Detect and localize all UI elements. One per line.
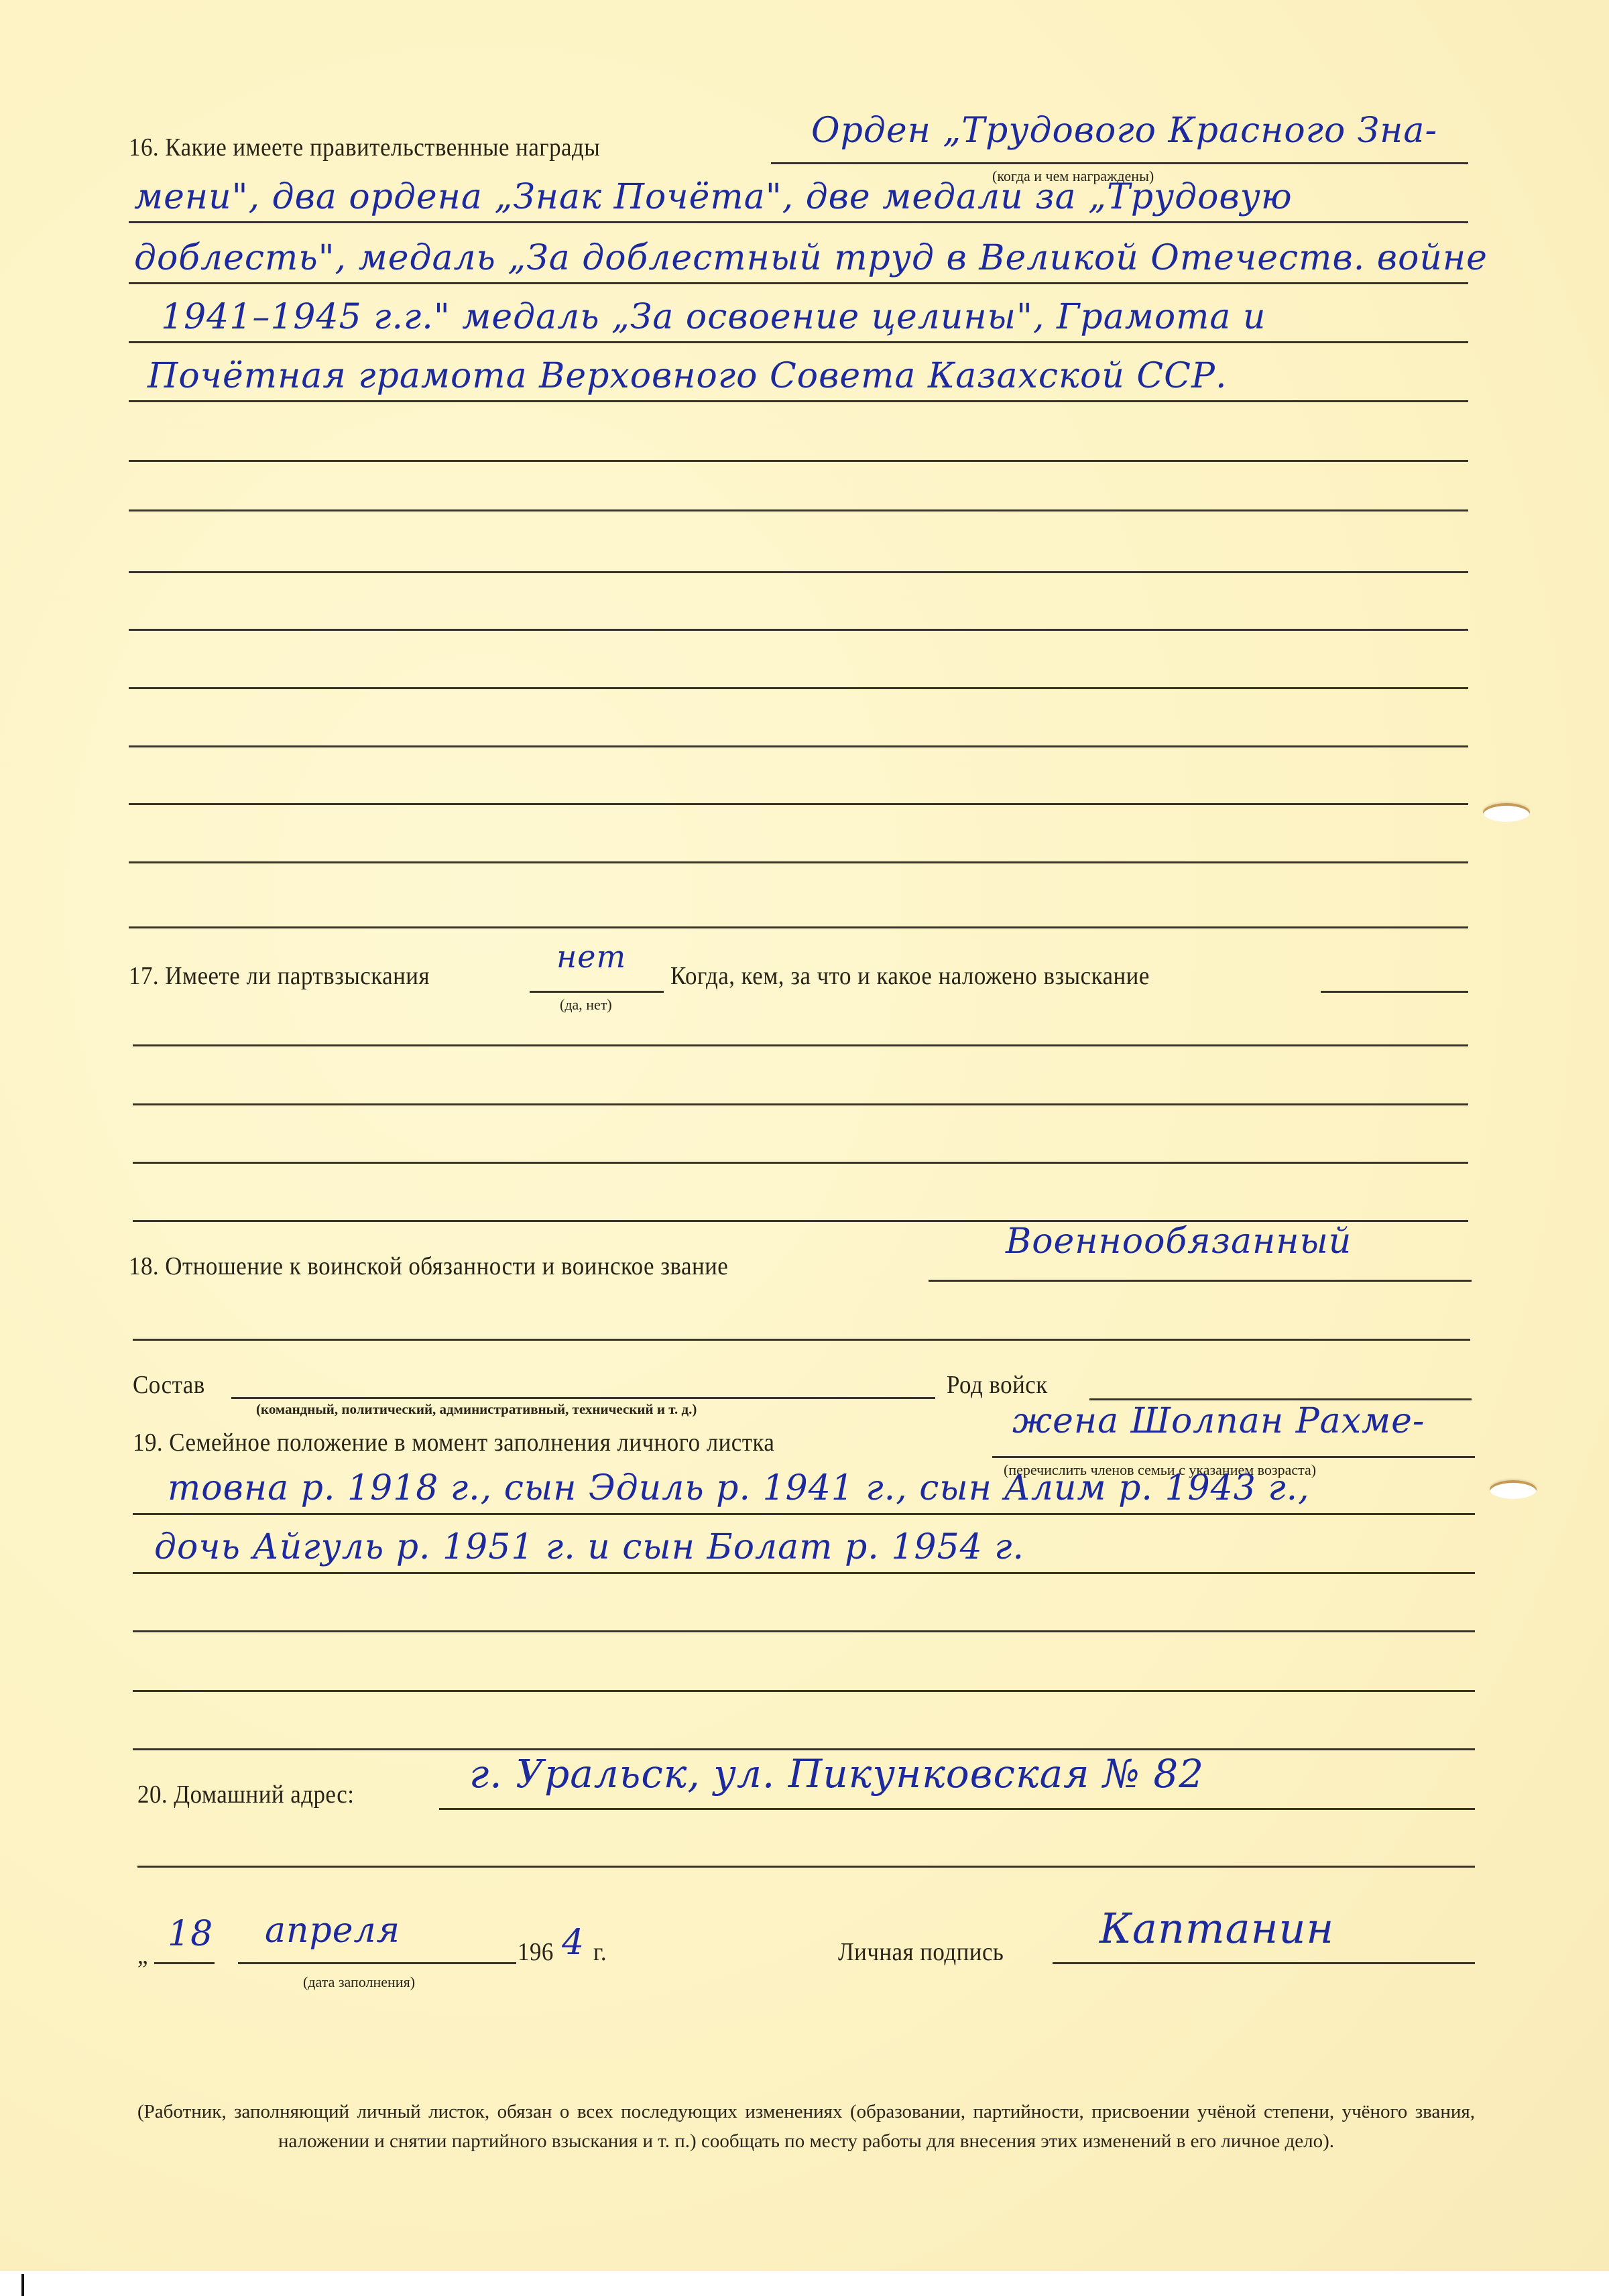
q16-line-10 (129, 687, 1468, 689)
q17-answer: нет (556, 939, 626, 975)
date-caption: (дата заполнения) (303, 1974, 415, 1991)
date-month-line (238, 1962, 516, 1964)
date-open-quote: „ (137, 1941, 148, 1970)
rod-voisk-label: Род войск (947, 1370, 1048, 1400)
q19-answer-3: дочь Айгуль р. 1951 г. и сын Болат р. 19… (154, 1527, 1024, 1567)
q20-label: 20. Домашний адрес: (137, 1780, 354, 1809)
punch-hole-top (1483, 803, 1530, 822)
q16-line-7 (129, 509, 1468, 511)
sostav-line (231, 1397, 935, 1399)
sostav-label: Состав (133, 1370, 205, 1400)
q19-line-4 (133, 1630, 1475, 1632)
date-day: 18 (168, 1914, 213, 1954)
q18-label: 18. Отношение к воинской обязанности и в… (129, 1252, 728, 1281)
q16-line-11 (129, 745, 1468, 747)
q16-line-2 (129, 221, 1468, 223)
signature-label: Личная подпись (838, 1937, 1004, 1967)
q16-line-3 (129, 282, 1468, 284)
q17-line-4 (133, 1162, 1468, 1164)
rod-voisk-line (1089, 1398, 1472, 1400)
q17-label: 17. Имеете ли партвзыскания (129, 961, 430, 991)
q16-line-12 (129, 803, 1468, 805)
q16-line-8 (129, 571, 1468, 573)
q16-line-4 (129, 341, 1468, 343)
q19-line-2 (133, 1513, 1475, 1515)
q18-answer-line (929, 1280, 1472, 1282)
q19-line-5 (133, 1690, 1475, 1692)
q18-line-2 (133, 1339, 1470, 1341)
date-day-line (154, 1962, 215, 1964)
q16-answer-4: 1941–1945 г.г." медаль „За освоение цели… (161, 297, 1266, 337)
signature-line (1053, 1962, 1475, 1964)
punch-hole-bottom (1490, 1480, 1537, 1499)
date-year-suffix: г. (593, 1937, 607, 1967)
q16-label: 16. Какие имеете правительственные награ… (129, 133, 600, 162)
q19-answer-2: товна р. 1918 г., сын Эдиль р. 1941 г., … (168, 1468, 1310, 1508)
q17-line-3 (133, 1103, 1468, 1105)
q16-line-6 (129, 460, 1468, 462)
date-year-prefix: 196 (518, 1937, 554, 1967)
q16-answer-2: мени", два ордена „Знак Почёта", две мед… (134, 177, 1293, 217)
q17-line-2 (133, 1044, 1468, 1046)
q17-label-2: Когда, кем, за что и какое наложено взыс… (670, 961, 1150, 991)
q20-line-2 (137, 1866, 1475, 1868)
date-month: апреля (265, 1911, 400, 1951)
q16-line-1 (771, 162, 1468, 164)
q19-line-6 (133, 1748, 1475, 1750)
q16-line-13 (129, 861, 1468, 863)
q17-line-1 (1321, 991, 1468, 993)
q16-answer-1: Орден „Трудового Красного Зна- (811, 111, 1437, 151)
q20-line (439, 1808, 1475, 1810)
sostav-caption: (командный, политический, административн… (256, 1401, 697, 1418)
signature-value: Каптанин (1099, 1904, 1334, 1953)
form-page: 16. Какие имеете правительственные награ… (0, 0, 1609, 2271)
q16-line-5 (129, 400, 1468, 402)
date-year-digit: 4 (562, 1923, 585, 1963)
footnote: (Работник, заполняющий личный листок, об… (137, 2097, 1475, 2156)
q18-answer: Военнообязанный (1006, 1221, 1352, 1262)
q16-answer-3: доблесть", медаль „За доблестный труд в … (134, 238, 1488, 278)
scan-edge-mark (21, 2274, 24, 2296)
q16-answer-5: Почётная грамота Верховного Совета Казах… (147, 356, 1227, 396)
q17-answer-line (530, 991, 664, 993)
q19-line-1 (992, 1456, 1475, 1458)
q16-line-14 (129, 926, 1468, 928)
q19-answer-1: жена Шолпан Рахме- (1012, 1401, 1425, 1441)
q19-line-3 (133, 1572, 1475, 1574)
q16-line-9 (129, 629, 1468, 631)
q17-caption: (да, нет) (560, 996, 612, 1014)
q20-answer: г. Уральск, ул. Пикунковская № 82 (469, 1751, 1204, 1797)
q19-label: 19. Семейное положение в момент заполнен… (133, 1428, 774, 1457)
